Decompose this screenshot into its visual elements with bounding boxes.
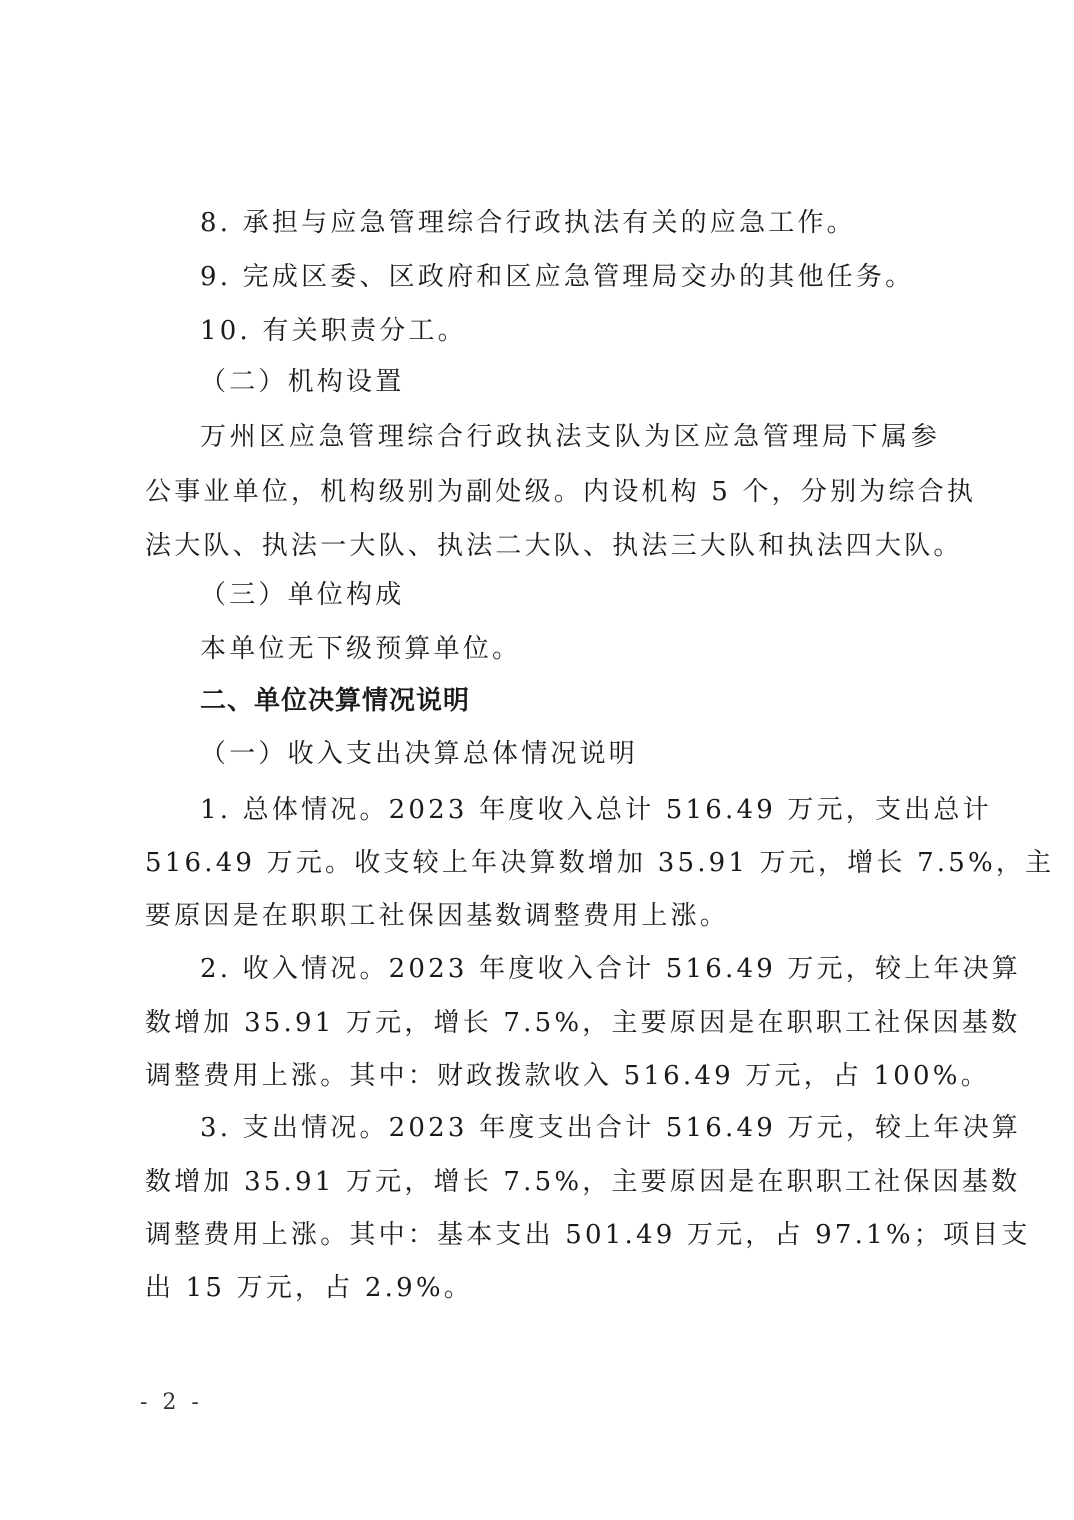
text-line: 法大队、执法一大队、执法二大队、执法三大队和执法四大队。 [145,531,940,561]
text-line: 调整费用上涨。其中：财政拨款收入 516.49 万元，占 100%。 [145,1061,940,1091]
text-line: 数增加 35.91 万元，增长 7.5%，主要原因是在职职工社保因基数 [145,1008,940,1038]
text-line: 1. 总体情况。2023 年度收入总计 516.49 万元，支出总计 [200,795,940,825]
text-line: 要原因是在职职工社保因基数调整费用上涨。 [145,901,940,931]
text-line: （一）收入支出决算总体情况说明 [200,739,940,769]
text-line: （三）单位构成 [200,580,940,610]
section-heading: 二、单位决算情况说明 [200,686,940,716]
text-line: 10. 有关职责分工。 [200,316,940,346]
document-page: 8. 承担与应急管理综合行政执法有关的应急工作。9. 完成区委、区政府和区应急管… [0,0,1074,1520]
page-number: - 2 - [140,1390,203,1415]
text-line: 3. 支出情况。2023 年度支出合计 516.49 万元，较上年决算 [200,1113,940,1143]
text-line: 万州区应急管理综合行政执法支队为区应急管理局下属参 [200,422,940,452]
text-line: 516.49 万元。收支较上年决算数增加 35.91 万元，增长 7.5%，主 [145,848,940,878]
text-line: 8. 承担与应急管理综合行政执法有关的应急工作。 [200,208,940,238]
text-line: 公事业单位，机构级别为副处级。内设机构 5 个，分别为综合执 [145,477,940,507]
text-line: 出 15 万元，占 2.9%。 [145,1273,940,1303]
text-line: （二）机构设置 [200,367,940,397]
text-line: 9. 完成区委、区政府和区应急管理局交办的其他任务。 [200,262,940,292]
text-line: 数增加 35.91 万元，增长 7.5%，主要原因是在职职工社保因基数 [145,1167,940,1197]
text-line: 调整费用上涨。其中：基本支出 501.49 万元，占 97.1%；项目支 [145,1220,940,1250]
text-line: 本单位无下级预算单位。 [200,634,940,664]
text-line: 2. 收入情况。2023 年度收入合计 516.49 万元，较上年决算 [200,954,940,984]
